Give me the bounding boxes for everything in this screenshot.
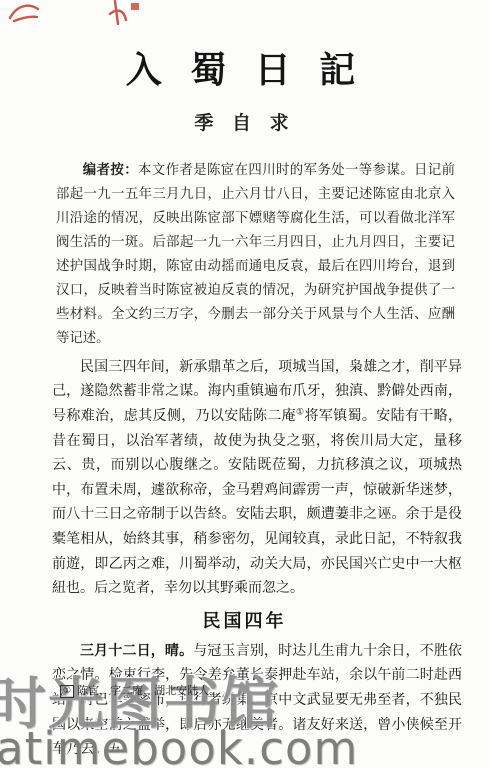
editor-note-text: 本文作者是陈宧在四川时的军务处一等参谋。日记前部起一九一五年三月九日，止六月廿八… xyxy=(56,163,455,346)
section-heading: 民国四年 xyxy=(0,607,489,633)
author-name: 季 自 求 xyxy=(0,108,489,135)
footnote: ①陈宧，字二庵，湖北安陆人。 xyxy=(60,684,220,699)
footnote-text: 陈宧，字二庵，湖北安陆人。 xyxy=(77,684,220,697)
footnote-marker: ① xyxy=(60,685,74,698)
scanned-book-page: 入 蜀 日 記 季 自 求 编者按：本文作者是陈宧在四川时的军务处一等参谋。日记… xyxy=(0,0,489,768)
editor-note-label: 编者按： xyxy=(83,163,138,178)
watermark-site-url: atimebook.com xyxy=(0,722,358,768)
entry-date: 三月十二日，晴。 xyxy=(80,643,193,659)
editor-note: 编者按：本文作者是陈宧在四川时的军务处一等参谋。日记前部起一九一五年三月九日，止… xyxy=(56,159,455,351)
intro-paragraph: 民国三四年间，新承鼎革之后，项城当国，枭雄之才，削平异己，遂隐然蓄非常之谋。海内… xyxy=(52,355,462,601)
page-title: 入 蜀 日 記 xyxy=(0,0,489,90)
intro-text-2: 将军镇蜀。安陆有干略，昔在蜀日，以治军著绩，故使为执殳之驱，将俟川局大定，量移云… xyxy=(52,408,462,596)
